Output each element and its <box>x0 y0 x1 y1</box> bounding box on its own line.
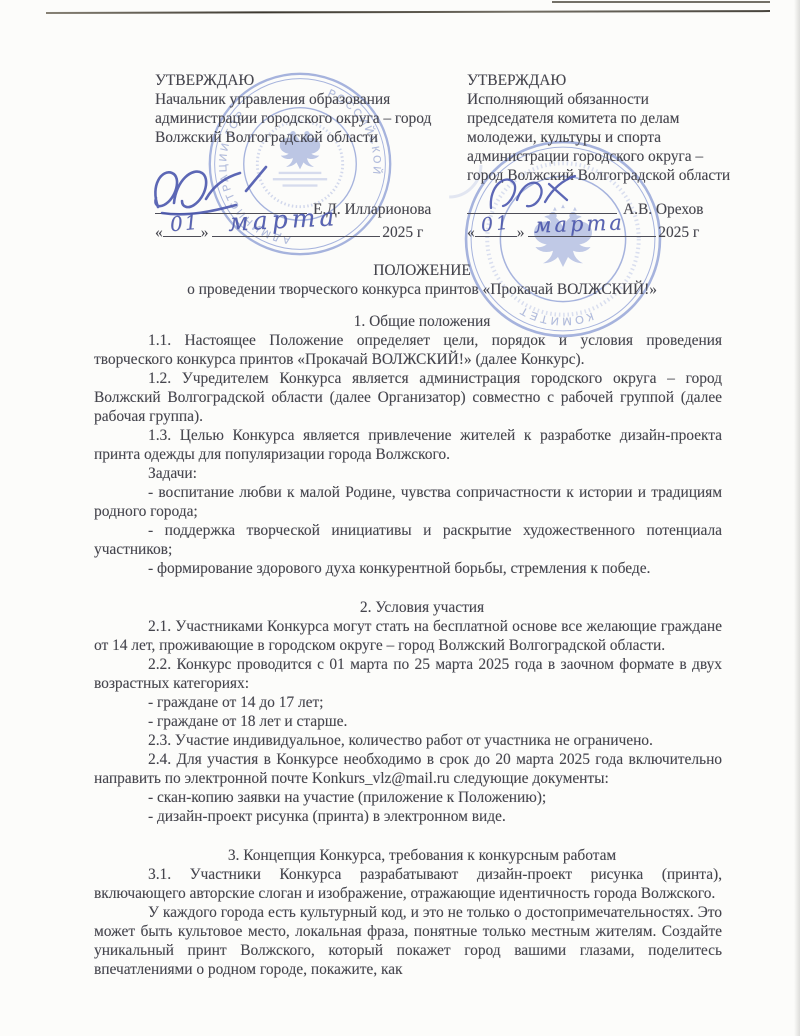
approval-line: Исполняющий обязанности <box>467 90 725 109</box>
approval-heading: УТВЕРЖДАЮ <box>155 71 451 90</box>
paragraph: 2.3. Участие индивидуальное, количество … <box>94 731 722 750</box>
date-day-field: 01 <box>475 221 517 237</box>
paragraph: 2.1. Участниками Конкурса могут стать на… <box>94 617 722 655</box>
sections: 1. Общие положения1.1. Настоящее Положен… <box>94 312 722 979</box>
doc-title: ПОЛОЖЕНИЕ <box>108 261 736 280</box>
paragraph: - дизайн-проект рисунка (принта) в элект… <box>94 807 722 826</box>
date-year: 2025 г <box>380 224 423 241</box>
approval-block-left: УТВЕРЖДАЮ Начальник управления образован… <box>155 71 451 147</box>
section-heading: 2. Условия участия <box>108 598 736 617</box>
paragraph: - формирование здорового духа конкурентн… <box>94 559 722 578</box>
scanned-document-page: РОССИЙСКОЙ АДМИНИСТРАЦИИ ГОР КОМИТЕТ <box>0 0 800 1036</box>
paragraph: 3.1. Участники Конкурса разрабатывают ди… <box>94 865 722 903</box>
paragraph: 1.1. Настоящее Положение определяет цели… <box>94 331 722 369</box>
approval-heading: УТВЕРЖДАЮ <box>467 71 725 90</box>
paragraph: - скан-копию заявки на участие (приложен… <box>94 788 722 807</box>
approval-line: администрации городского округа – <box>467 147 725 166</box>
section-heading: 1. Общие положения <box>108 312 736 331</box>
paragraph: 1.2. Учредителем Конкурса является админ… <box>94 369 722 426</box>
approval-line: Волжский Волгоградской области <box>155 128 451 147</box>
paragraph: - граждане от 14 до 17 лет; <box>94 693 722 712</box>
approval-line: председателя комитета по делам <box>467 109 725 128</box>
date-row: «01» марта2025 г <box>155 221 423 242</box>
date-month-field: марта <box>528 221 656 237</box>
title-block: ПОЛОЖЕНИЕ о проведении творческого конку… <box>108 261 736 299</box>
quote-close: » <box>517 224 525 241</box>
paragraph: - воспитание любви к малой Родине, чувст… <box>94 483 722 521</box>
handwritten-signature-left <box>148 163 280 221</box>
signatory-name: А.В. Орехов <box>617 201 703 218</box>
paragraph: 2.2. Конкурс проводится с 01 марта по 25… <box>94 655 722 693</box>
approval-lines: Начальник управления образованияадминист… <box>155 90 451 147</box>
date-row: «01» марта2025 г <box>467 221 699 242</box>
handwritten-signature-right <box>483 170 585 222</box>
doc-subtitle: о проведении творческого конкурса принто… <box>108 280 736 299</box>
date-day-field: 01 <box>163 221 201 237</box>
paragraph: 1.3. Целью Конкурса является привлечение… <box>94 426 722 464</box>
scan-artifact-line <box>46 10 770 14</box>
paragraph: Задачи: <box>94 464 722 483</box>
paragraph: У каждого города есть культурный код, и … <box>94 903 722 979</box>
paragraph: - граждане от 18 лет и старше. <box>94 712 722 731</box>
approval-line: администрации городского округа – город <box>155 109 451 128</box>
paragraph: 2.4. Для участия в Конкурсе необходимо в… <box>94 750 722 788</box>
date-year: 2025 г <box>656 224 699 241</box>
quote-open: « <box>467 224 475 241</box>
quote-close: » <box>201 224 209 241</box>
paragraph: - поддержка творческой инициативы и раск… <box>94 521 722 559</box>
approval-line: молодежи, культуры и спорта <box>467 128 725 147</box>
scan-edge-shadow <box>794 0 800 1036</box>
approval-line: Начальник управления образования <box>155 90 451 109</box>
approval-block-right: УТВЕРЖДАЮ Исполняющий обязанностипредсед… <box>467 71 725 185</box>
section-heading: 3. Концепция Конкурса, требования к конк… <box>108 846 736 865</box>
approval-header: УТВЕРЖДАЮ Начальник управления образован… <box>94 71 722 249</box>
quote-open: « <box>155 224 163 241</box>
scan-artifact-line <box>552 1 770 3</box>
date-month-field: марта <box>212 221 380 237</box>
